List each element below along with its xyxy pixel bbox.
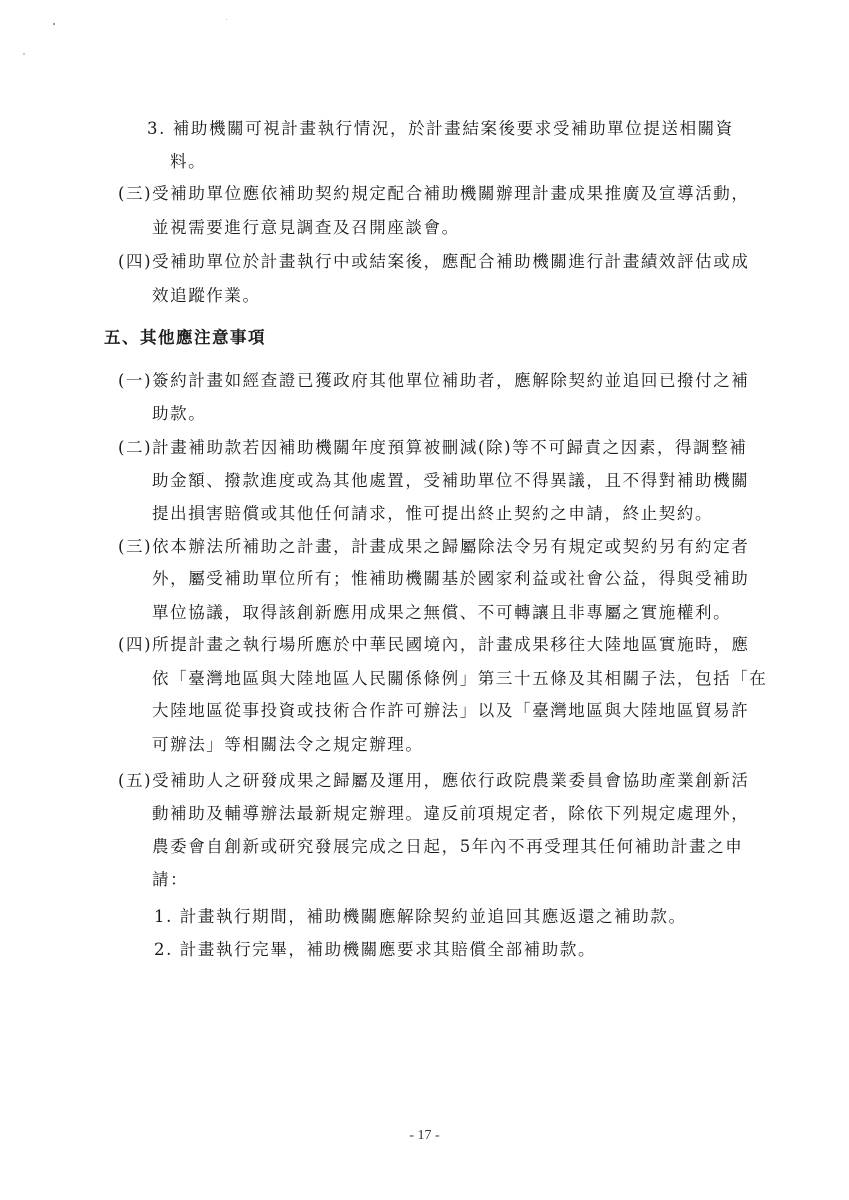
sec5-clause-4-line-1: (四)所提計畫之執行場所應於中華民國境內，計畫成果移往大陸地區實施時，應 (118, 635, 749, 655)
sec5-clause-3-line-1: (三)依本辦法所補助之計畫，計畫成果之歸屬除法令另有規定或契約另有約定者 (118, 537, 749, 557)
scan-speck (226, 19, 227, 20)
sec5-clause-4-line-2: 依「臺灣地區與大陸地區人民關係條例」第三十五條及其相關子法，包括「在 (152, 669, 767, 689)
sec5-clause-4-line-3: 大陸地區從事投資或技術合作許可辦法」以及「臺灣地區與大陸地區貿易許 (152, 701, 749, 721)
scan-speck (53, 23, 55, 25)
sec5-clause-2-line-3: 提出損害賠償或其他任何請求，惟可提出終止契約之申請，終止契約。 (152, 504, 713, 524)
item-3-line-1: 3. 補助機關可視計畫執行情況，於計畫結案後要求受補助單位提送相關資 (147, 119, 734, 139)
sec5-clause-5-subitem-1: 1. 計畫執行期間，補助機關應解除契約並追回其應返還之補助款。 (154, 907, 687, 927)
sec5-clause-5-line-1: (五)受補助人之研發成果之歸屬及運用，應依行政院農業委員會協助產業創新活 (118, 771, 749, 791)
clause-4-line-1: (四)受補助單位於計畫執行中或結案後，應配合補助機關進行計畫績效評估或成 (118, 252, 749, 272)
clause-4-line-2: 效追蹤作業。 (152, 286, 261, 306)
sec5-clause-5-line-3: 農委會自創新或研究發展完成之日起，5年內不再受理其任何補助計畫之申 (152, 837, 743, 857)
sec5-clause-4-line-4: 可辦法」等相關法令之規定辦理。 (152, 735, 424, 755)
sec5-clause-5-subitem-2: 2. 計畫執行完畢，補助機關應要求其賠償全部補助款。 (154, 940, 596, 960)
scan-speck (23, 53, 25, 55)
sec5-clause-3-line-3: 單位協議，取得該創新應用成果之無償、不可轉讓且非專屬之實施權利。 (152, 603, 731, 623)
item-3-line-2: 料。 (170, 152, 206, 172)
clause-3-line-2: 並視需要進行意見調查及召開座談會。 (152, 218, 460, 238)
sec5-clause-5-line-4: 請： (152, 870, 188, 890)
clause-3-line-1: (三)受補助單位應依補助契約規定配合補助機關辦理計畫成果推廣及宣導活動， (118, 184, 749, 204)
section-heading: 五、其他應注意事項 (104, 328, 266, 348)
sec5-clause-1-line-1: (一)簽約計畫如經查證已獲政府其他單位補助者，應解除契約並追回已撥付之補 (118, 371, 749, 391)
sec5-clause-1-line-2: 助款。 (152, 404, 206, 424)
sec5-clause-3-line-2: 外，屬受補助單位所有；惟補助機關基於國家利益或社會公益，得與受補助 (152, 569, 749, 589)
sec5-clause-2-line-1: (二)計畫補助款若因補助機關年度預算被刪減(除)等不可歸責之因素，得調整補 (118, 438, 747, 458)
page-number: - 17 - (0, 1128, 849, 1144)
sec5-clause-5-line-2: 動補助及輔導辦法最新規定辦理。違反前項規定者，除依下列規定處理外， (152, 804, 749, 824)
sec5-clause-2-line-2: 助金額、撥款進度或為其他處置，受補助單位不得異議，且不得對補助機關 (152, 471, 749, 491)
